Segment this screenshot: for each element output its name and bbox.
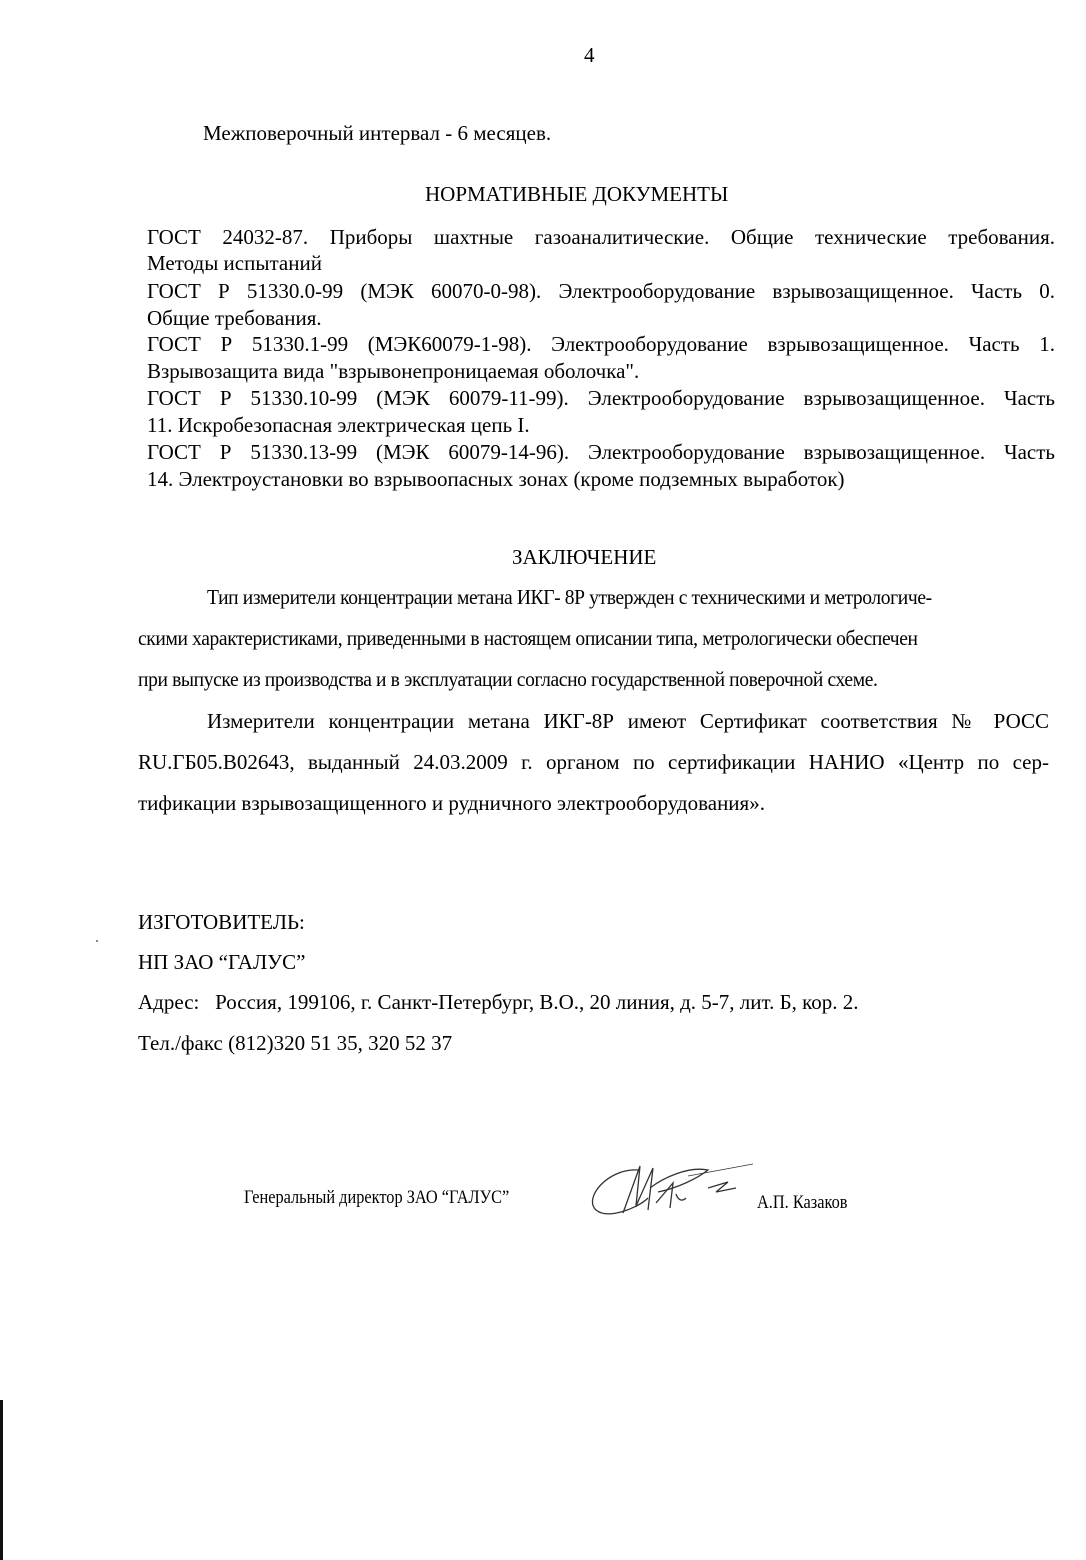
normative-line: ГОСТ 24032-87. Приборы шахтные газоанали…: [147, 225, 1055, 249]
signatory-name: А.П. Казаков: [757, 1192, 848, 1214]
scan-speck: [96, 940, 98, 942]
handwritten-signature-icon: [578, 1158, 758, 1228]
normative-line: ГОСТ Р 51330.10-99 (МЭК 60079-11-99). Эл…: [147, 386, 1055, 410]
normative-line: ГОСТ Р 51330.13-99 (МЭК 60079-14-96). Эл…: [147, 440, 1055, 464]
manufacturer-address: Адрес: Россия, 199106, г. Санкт-Петербур…: [138, 990, 859, 1014]
conclusion-title: ЗАКЛЮЧЕНИЕ: [512, 545, 656, 569]
manufacturer-label: ИЗГОТОВИТЕЛЬ:: [138, 910, 305, 934]
normative-line: 14. Электроустановки во взрывоопасных зо…: [147, 467, 845, 491]
normative-line: 11. Искробезопасная электрическая цепь I…: [147, 413, 530, 437]
normative-line: ГОСТ Р 51330.1-99 (МЭК60079-1-98). Элект…: [147, 332, 1055, 356]
normative-line: Взрывозащита вида "взрывонепроницаемая о…: [147, 359, 639, 383]
normative-line: ГОСТ Р 51330.0-99 (МЭК 60070-0-98). Элек…: [147, 279, 1055, 303]
certificate-line: RU.ГБ05.В02643, выданный 24.03.2009 г. о…: [138, 750, 1049, 774]
interval-line: Межповерочный интервал - 6 месяцев.: [203, 121, 551, 145]
scan-edge-shadow: [0, 1400, 3, 1560]
conclusion-line: скими характеристиками, приведенными в н…: [138, 626, 918, 651]
normative-title: НОРМАТИВНЫЕ ДОКУМЕНТЫ: [425, 182, 728, 206]
manufacturer-phone: Тел./факс (812)320 51 35, 320 52 37: [138, 1031, 452, 1055]
conclusion-line: Тип измерители концентрации метана ИКГ- …: [207, 585, 932, 610]
page-number: 4: [584, 43, 595, 67]
normative-line: Методы испытаний: [147, 251, 322, 275]
signatory-position: Генеральный директор ЗАО “ГАЛУС”: [244, 1187, 509, 1209]
certificate-line: Измерители концентрации метана ИКГ-8Р им…: [207, 709, 1049, 733]
conclusion-line: при выпуске из производства и в эксплуат…: [138, 667, 878, 692]
normative-line: Общие требования.: [147, 306, 322, 330]
manufacturer-name: НП ЗАО “ГАЛУС”: [138, 950, 305, 974]
certificate-line: тификации взрывозащищенного и рудничного…: [138, 791, 765, 815]
